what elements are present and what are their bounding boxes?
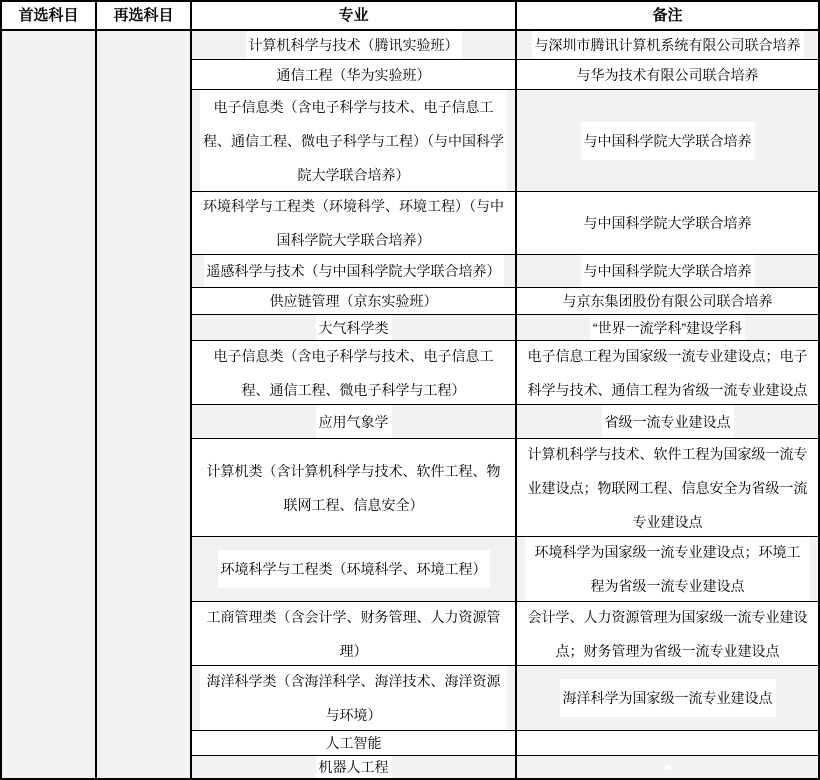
major-cell: 计算机类（含计算机科学与技术、软件工程、物联网工程、信息安全） (192, 439, 517, 537)
cell-text: 大气科学类 (316, 315, 392, 341)
note-cell: 省级一流专业建设点 (517, 405, 818, 439)
header-text: 专业 (338, 7, 368, 25)
cell-text: 计算机科学与技术（腾讯实验班） (246, 31, 462, 60)
note-cell: 海洋科学为国家级一流专业建设点 (517, 666, 818, 731)
major-cell: 工商管理类（含会计学、财务管理、人力资源管理） (192, 602, 517, 666)
cell-text: 与深圳市腾讯计算机系统有限公司联合培养 (532, 31, 804, 60)
major-cell: 计算机科学与技术（腾讯实验班） (192, 31, 517, 60)
cell-text: 计算机科学与技术、软件工程为国家级一流专业建设点；物联网工程、信息安全为省级一流… (525, 439, 810, 537)
cell-text: 与华为技术有限公司联合培养 (577, 60, 759, 90)
major-cell: 通信工程（华为实验班） (192, 60, 517, 90)
header-major: 专业 (192, 2, 517, 31)
note-cell: 与中国科学院大学联合培养 (517, 255, 818, 288)
major-cell: 遥感科学与技术（与中国科学院大学联合培养） (192, 255, 517, 288)
cell-text: 会计学、人力资源管理为国家级一流专业建设点；财务管理为省级一流专业建设点 (525, 602, 810, 666)
cell-text: 通信工程（华为实验班） (277, 60, 431, 90)
cell-text: 与京东集团股份有限公司联合培养 (563, 288, 773, 315)
cell-text: 工商管理类（含会计学、财务管理、人力资源管理） (200, 602, 507, 666)
header-text: 备注 (652, 7, 682, 25)
reselect-subject-merged-cell (97, 31, 192, 778)
first-subject-merged-cell (2, 31, 97, 778)
header-note: 备注 (517, 2, 818, 31)
major-cell: 供应链管理（京东实验班） (192, 288, 517, 315)
note-cell (517, 731, 818, 756)
major-cell: 人工智能 (192, 731, 517, 756)
majors-table: 首选科目 再选科目 专业 备注 计算机科学与技术（腾讯实验班） 与深圳市腾讯计算… (0, 0, 820, 780)
note-cell: 计算机科学与技术、软件工程为国家级一流专业建设点；物联网工程、信息安全为省级一流… (517, 439, 818, 537)
note-cell: 与华为技术有限公司联合培养 (517, 60, 818, 90)
note-cell: 环境科学为国家级一流专业建设点；环境工程为省级一流专业建设点 (517, 537, 818, 602)
note-cell: 与中国科学院大学联合培养 (517, 192, 818, 255)
major-cell: 电子信息类（含电子科学与技术、电子信息工程、通信工程、微电子科学与工程）（与中国… (192, 90, 517, 192)
major-cell: 环境科学与工程类（环境科学、环境工程）（与中国科学院大学联合培养） (192, 192, 517, 255)
note-cell: 与深圳市腾讯计算机系统有限公司联合培养 (517, 31, 818, 60)
note-cell: 与中国科学院大学联合培养 (517, 90, 818, 192)
cell-text: 电子信息类（含电子科学与技术、电子信息工程、通信工程、微电子科学与工程） (200, 341, 507, 405)
cell-text: 供应链管理（京东实验班） (270, 288, 438, 315)
cell-text: 机器人工程 (316, 756, 392, 778)
cell-text: 计算机类（含计算机科学与技术、软件工程、物联网工程、信息安全） (200, 454, 507, 522)
header-text: 再选科目 (113, 7, 173, 25)
cell-text: 遥感科学与技术（与中国科学院大学联合培养） (204, 255, 504, 288)
cell-text: “世界一流学科”建设学科 (590, 315, 745, 341)
note-cell: 电子信息工程为国家级一流专业建设点；电子科学与技术、通信工程为省级一流专业建设点 (517, 341, 818, 405)
note-cell: 会计学、人力资源管理为国家级一流专业建设点；财务管理为省级一流专业建设点 (517, 602, 818, 666)
major-cell: 应用气象学 (192, 405, 517, 439)
header-first-subject: 首选科目 (2, 2, 97, 31)
major-cell: 大气科学类 (192, 315, 517, 341)
cell-text: 电子信息工程为国家级一流专业建设点；电子科学与技术、通信工程为省级一流专业建设点 (525, 341, 810, 405)
major-cell: 电子信息类（含电子科学与技术、电子信息工程、通信工程、微电子科学与工程） (192, 341, 517, 405)
cell-text: 海洋科学类（含海洋科学、海洋技术、海洋资源与环境） (200, 666, 507, 731)
cell-text: 海洋科学为国家级一流专业建设点 (560, 679, 776, 717)
cell-text: 省级一流专业建设点 (602, 405, 734, 439)
cell-text: 与中国科学院大学联合培养 (581, 255, 755, 288)
cell-text: 电子信息类（含电子科学与技术、电子信息工程、通信工程、微电子科学与工程）（与中国… (200, 90, 507, 192)
cell-text: 与中国科学院大学联合培养 (581, 122, 755, 160)
header-reselect-subject: 再选科目 (97, 2, 192, 31)
cell-text: 应用气象学 (316, 405, 392, 439)
major-cell: 环境科学与工程类（环境科学、环境工程） (192, 537, 517, 602)
major-cell: 机器人工程 (192, 756, 517, 778)
cell-text (665, 765, 671, 769)
cell-text: 环境科学与工程类（环境科学、环境工程）（与中国科学院大学联合培养） (200, 192, 507, 255)
cell-text: 环境科学为国家级一流专业建设点；环境工程为省级一流专业建设点 (525, 537, 810, 602)
cell-text: 环境科学与工程类（环境科学、环境工程） (218, 550, 490, 588)
note-cell: “世界一流学科”建设学科 (517, 315, 818, 341)
note-cell: 与京东集团股份有限公司联合培养 (517, 288, 818, 315)
cell-text: 人工智能 (326, 731, 382, 756)
note-cell (517, 756, 818, 778)
cell-text: 与中国科学院大学联合培养 (584, 206, 752, 240)
major-cell: 海洋科学类（含海洋科学、海洋技术、海洋资源与环境） (192, 666, 517, 731)
header-text: 首选科目 (18, 7, 78, 25)
